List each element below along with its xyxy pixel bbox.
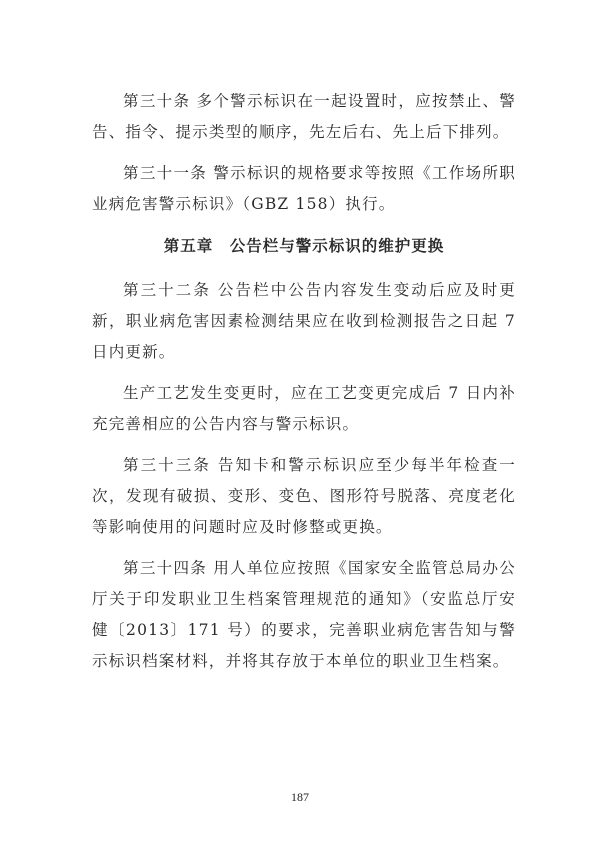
article-30: 第三十条 多个警示标识在一起设置时，应按禁止、警告、指令、提示类型的顺序，先左后…: [92, 86, 516, 148]
document-page: 第三十条 多个警示标识在一起设置时，应按禁止、警告、指令、提示类型的顺序，先左后…: [0, 0, 600, 848]
article-32-supplement: 生产工艺发生变更时，应在工艺变更完成后 7 日内补充完善相应的公告内容与警示标识…: [92, 378, 516, 440]
article-33: 第三十三条 告知卡和警示标识应至少每半年检查一次，发现有破损、变形、变色、图形符…: [92, 450, 516, 543]
chapter-title: 第五章 公告栏与警示标识的维护更换: [92, 230, 516, 261]
article-34: 第三十四条 用人单位应按照《国家安全监管总局办公厅关于印发职业卫生档案管理规范的…: [92, 553, 516, 677]
page-number: 187: [0, 790, 600, 805]
article-31: 第三十一条 警示标识的规格要求等按照《工作场所职业病危害警示标识》（GBZ 15…: [92, 158, 516, 220]
article-32: 第三十二条 公告栏中公告内容发生变动后应及时更新，职业病危害因素检测结果应在收到…: [92, 275, 516, 368]
page-content: 第三十条 多个警示标识在一起设置时，应按禁止、警告、指令、提示类型的顺序，先左后…: [92, 86, 516, 687]
